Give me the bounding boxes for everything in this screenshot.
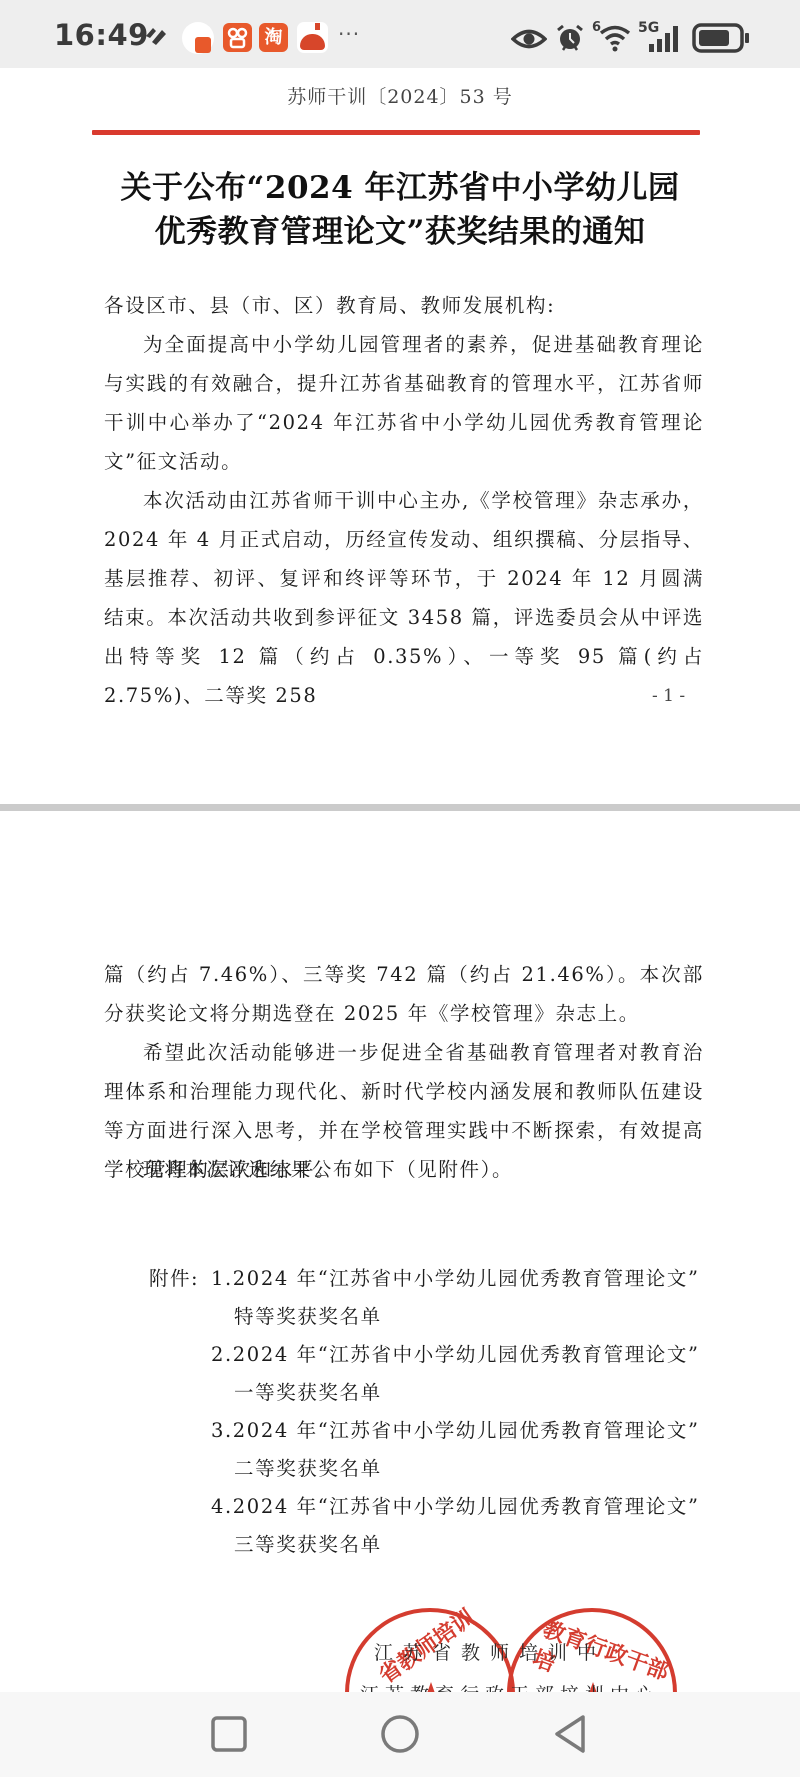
salutation: 各设区市、县（市、区）教育局、教师发展机构: xyxy=(104,286,704,325)
eye-comfort-icon xyxy=(511,28,547,50)
attachments-label: 附件: xyxy=(149,1263,199,1291)
status-bar: 16:49 淘 ··· 6 5G xyxy=(0,0,800,68)
kuaishou-icon xyxy=(223,23,252,52)
paragraph-2-page-1: 本次活动由江苏省师干训中心主办,《学校管理》杂志承办，2024 年 4 月正式启… xyxy=(104,481,704,715)
paragraph-2-page-2: 篇（约占 7.46%）、三等奖 742 篇（约占 21.46%）。本次部分获奖论… xyxy=(104,955,704,1033)
attachment-subtitle: 特等奖获奖名单 xyxy=(234,1301,382,1329)
attachment-title: 2.2024 年“江苏省中小学幼儿园优秀教育管理论文” xyxy=(211,1339,700,1367)
signature-line-1: 江苏省教师培训中 xyxy=(374,1638,606,1665)
battery-icon xyxy=(692,23,750,53)
taobao-icon: 淘 xyxy=(259,23,288,52)
huawei-health-icon xyxy=(143,24,169,48)
paragraph-4: 现将本次评选结果公布如下（见附件）。 xyxy=(104,1150,704,1189)
attachment-title: 1.2024 年“江苏省中小学幼儿园优秀教育管理论文” xyxy=(211,1263,700,1291)
attachment-subtitle: 一等奖获奖名单 xyxy=(234,1377,382,1405)
document-number: 苏师干训〔2024〕53 号 xyxy=(0,82,800,109)
wifi-icon xyxy=(598,22,632,52)
clock: 16:49 xyxy=(54,18,149,52)
attachment-subtitle: 二等奖获奖名单 xyxy=(234,1453,382,1481)
document-title: 关于公布“2024 年江苏省中小学幼儿园 优秀教育管理论文”获奖结果的通知 xyxy=(0,166,800,254)
weiyun-app-icon xyxy=(182,22,214,54)
alarm-icon xyxy=(555,23,585,53)
title-line-1: 关于公布“2024 年江苏省中小学幼儿园 xyxy=(0,166,800,210)
attachment-title: 3.2024 年“江苏省中小学幼儿园优秀教育管理论文” xyxy=(211,1415,700,1443)
red-header-rule xyxy=(92,130,700,135)
recents-button[interactable] xyxy=(207,1712,251,1756)
back-button[interactable] xyxy=(549,1712,593,1756)
attachment-subtitle: 三等奖获奖名单 xyxy=(234,1529,382,1557)
attachment-title: 4.2024 年“江苏省中小学幼儿园优秀教育管理论文” xyxy=(211,1491,700,1519)
title-line-2: 优秀教育管理论文”获奖结果的通知 xyxy=(0,210,800,254)
page-separator xyxy=(0,804,800,811)
page-number: - 1 - xyxy=(652,686,685,706)
paragraph-1: 为全面提高中小学幼儿园管理者的素养，促进基础教育理论与实践的有效融合，提升江苏省… xyxy=(104,325,704,481)
more-notifications-icon: ··· xyxy=(338,22,360,46)
cellular-signal-icon xyxy=(648,24,682,52)
navigation-bar xyxy=(0,1692,800,1777)
home-button[interactable] xyxy=(378,1712,422,1756)
tomato-novel-icon xyxy=(297,22,328,53)
